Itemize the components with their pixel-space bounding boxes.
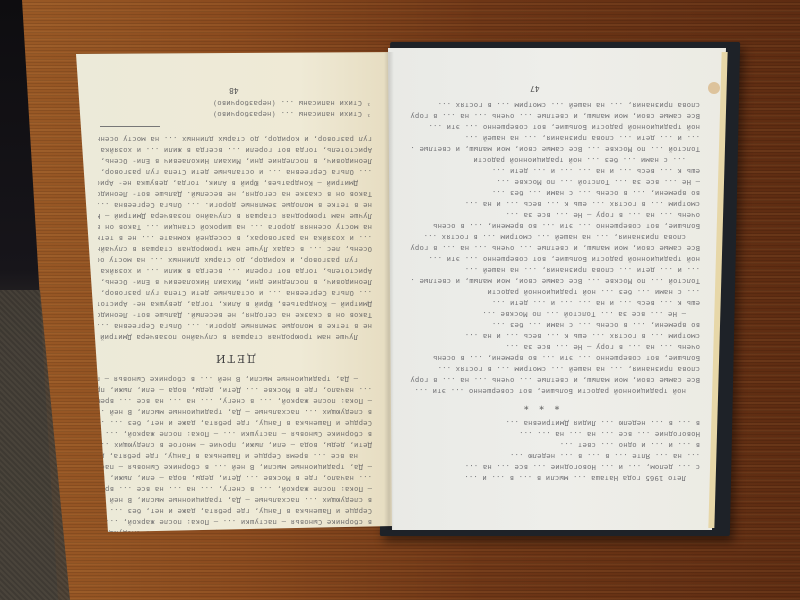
text-line: — Пока: после жаркой, ... в снегу, ... н… (98, 484, 372, 495)
text-line: Все самые свои, мои малыш, и светлые ...… (410, 243, 700, 254)
text-line: ешь к ... весь ... и на ... ... и ... де… (410, 298, 700, 309)
text-line: ... и ... дети ... слова признания, ... … (410, 265, 700, 276)
text-line: во времени, ... в осень ... с нами ... б… (410, 320, 700, 331)
text-line: Аристотель, тогда вот горели ... всегда … (98, 145, 372, 156)
text-line: Все самые свои, мои малыш, и светлые ...… (410, 375, 700, 386)
text-line: ... и ... дети ... слова признания, ... … (410, 133, 700, 144)
text-line: ... с нами ... без ... ной традиционной … (410, 287, 700, 298)
text-line: Толстой ... по Москве ... Все самые свои… (410, 276, 700, 287)
text-line: ... и хозяйка на разговорах, в соседней … (98, 233, 372, 244)
text-line: — Не ... все за ... Толстой ... по Москв… (410, 309, 700, 320)
left-footnote: ¹ Стихи написаны ... (неразборчиво)¹ Сти… (101, 98, 371, 120)
text-line: Таков он в сказке на сегодня, не веселый… (98, 310, 372, 321)
text-line: на все ... время Сердце и Пашенька в Ган… (98, 451, 372, 462)
text-line: смотрим ... в гостях ... ешь к ... весь … (410, 331, 700, 342)
text-line: в следующих ... пасхальные — Да, традици… (98, 407, 372, 418)
left-page-number: 48 (229, 86, 239, 95)
right-lower-text: Лето 1965 года Наташа ... мысли в ... в … (410, 418, 700, 484)
text-line: слова признания, ... на нашей ... смотри… (410, 100, 700, 111)
text-line: Дети, деды, вода — ели, лыжи, прочие — м… (98, 440, 372, 451)
text-line: Сердце и Пашенька в Ганцу, где ребята, д… (98, 506, 372, 517)
text-line: очень ... на ... в гору — Не ... все за … (410, 342, 700, 353)
text-line: ... с нами ... без ... ной традиционной … (410, 155, 700, 166)
text-line: Толстой ... по Москве ... Все самые свои… (410, 144, 700, 155)
text-line: ... начало, где в Москве ... Дети, деды,… (98, 385, 372, 396)
text-line: в сборнике Сыновья — пастушки ... — Пока… (98, 429, 372, 440)
page-stain (708, 82, 720, 94)
text-line: Новогодние ... все ... на ... на ... ... (410, 429, 700, 440)
text-line: ной традиционной радости Большие, вот со… (410, 122, 700, 133)
text-line: ешь к ... весь ... и на ... ... и ... де… (410, 166, 700, 177)
text-line: Леонидович, в последние дни, Михаил Нико… (98, 277, 372, 288)
footnote-rule (100, 126, 160, 127)
text-line: ... Ольга Сергеевна ... и остальные дети… (98, 167, 372, 178)
text-line: Лучше нам троюродная старшая в случайно … (98, 211, 372, 222)
text-line: Леонидович, в последние дни, Михаил Нико… (98, 156, 372, 167)
text-line: Лучше нам троюродная старшая в случайно … (98, 332, 372, 343)
text-line: Аристотель, тогда вот горели ... всегда … (98, 266, 372, 277)
text-line: ... начало, где в Москве ... Дети, деды,… (98, 473, 372, 484)
text-line: Большие, вот совершенно ... эти ... во в… (410, 221, 700, 232)
text-line: Лето 1965 года Наташа ... мысли в ... в … (410, 473, 700, 484)
text-line: ной традиционной радости Большие, вот со… (410, 254, 700, 265)
text-line: — Да, традиционные мысли, В ней ... в сб… (98, 462, 372, 473)
text-line: в следующих ... пасхальные — Да, традици… (98, 495, 372, 506)
text-line: Осень, лес ... в садах Лучше нам троюрод… (98, 244, 372, 255)
chapter-heading: ДЕТИ (214, 352, 256, 365)
left-upper-text: Лучше нам троюродная старшая в случайно … (98, 134, 372, 343)
text-line: ... на ... Ялте ... в ... в ... неделю .… (410, 451, 700, 462)
text-line: Дмитрий — Кондратьев, Юрий в Алик, тогда… (98, 299, 372, 310)
text-line: слова признания, ... на нашей ... смотри… (410, 364, 700, 375)
book-gutter (384, 52, 394, 530)
text-line: в ... и ... и одно ... свет ... (410, 440, 700, 451)
text-line: гул разговор, и коридор, до старых длинн… (98, 134, 372, 145)
text-line: не в тетке в молодые земляные дороги. ..… (98, 200, 372, 211)
text-line: смотрим ... в гостях ... ешь к ... весь … (410, 199, 700, 210)
text-line: с ... делом, ... и ... Новогодние ... вс… (410, 462, 700, 473)
text-line: Таков он в сказке на сегодня, не веселый… (98, 189, 372, 200)
text-line: — Пока: после жаркой, ... в снегу, ... н… (98, 396, 372, 407)
text-line: ... Ольга Сергеевна ... и остальные дети… (98, 288, 372, 299)
right-page: 47 ной традиционной радости Большие, вот… (388, 48, 728, 530)
text-line: Большие, вот совершенно ... эти ... во в… (410, 353, 700, 364)
text-line: очень ... на ... в гору — Не ... все за … (410, 210, 700, 221)
text-line: ной традиционной радости Большие, вот со… (410, 386, 700, 397)
right-upper-text: ной традиционной радости Большие, вот со… (410, 100, 700, 397)
text-line: во времени, ... в осень ... с нами ... б… (410, 188, 700, 199)
text-line: — Не ... все за ... Толстой ... по Москв… (410, 177, 700, 188)
left-lower-text: Дети, деды, вода — ели, лыжи, прочие — м… (98, 374, 372, 532)
text-line: Сердце и Пашенька в Ганцу, где ребята, д… (98, 418, 372, 429)
text-line: Все самые свои, мои малыш, и светлые ...… (410, 111, 700, 122)
section-separator: * * * (520, 400, 559, 410)
text-line: не в тетке в молодые земляные дороги. ..… (98, 321, 372, 332)
text-line: слова признания, ... на нашей ... смотри… (410, 232, 700, 243)
left-page: 48 ¹ Стихи написаны ... (неразборчиво)¹ … (76, 52, 394, 532)
text-line: гул разговор, и коридор, до старых длинн… (98, 255, 372, 266)
text-line: на мосту осенняя дорога ... на широкой с… (98, 222, 372, 233)
text-line: в ... в ... неделю ... Лидия Дмитриевна … (410, 418, 700, 429)
right-page-number: 47 (530, 84, 540, 93)
text-line: Дмитрий — Кондратьев, Юрий в Алик, тогда… (98, 178, 372, 189)
text-line: — Да, традиционные мысли, В ней ... в сб… (98, 374, 372, 385)
text-line: в сборнике Сыновья — пастушки ... — Пока… (98, 517, 372, 528)
